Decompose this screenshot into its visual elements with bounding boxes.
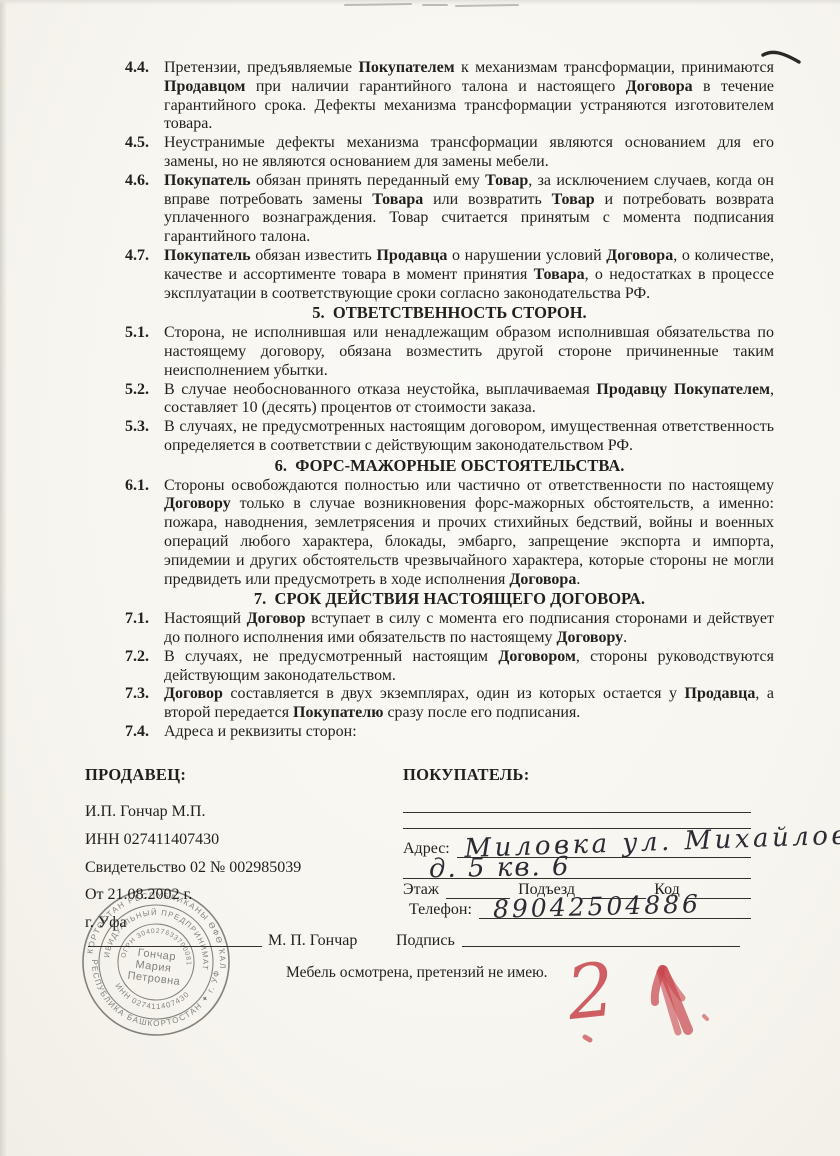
clause-number: 7.1. [125,610,164,648]
scan-edge-shadow-left [0,0,7,1156]
contract-body: 4.4.Претензии, предъявляемые Покупателем… [125,59,774,742]
section-heading: 5. ОТВЕТСТВЕННОСТЬ СТОРОН. [125,303,774,324]
clause-number: 5.3. [125,418,164,456]
clause-number: 7.3. [125,685,164,723]
buyer-form: Адрес: Миловка ул. Михайлова д. 5 кв. 6 … [403,790,751,919]
section-heading: 7. СРОК ДЕЙСТВИЯ НАСТОЯЩЕГО ДОГОВОРА. [125,589,774,610]
red-mark-2: 2 [562,947,619,1038]
clause-5-1: 5.1.Сторона, не исполнившая или ненадлеж… [125,324,774,380]
clause-4-4: 4.4.Претензии, предъявляемые Покупателем… [125,59,774,134]
clause-number: 4.7. [125,247,164,303]
clause-text: Покупатель обязан известить Продавца о н… [164,247,774,303]
phone-label: Телефон: [409,901,479,919]
buyer-floor-row: Этаж Подъезд Код [403,879,751,899]
clause-text: Неустранимые дефекты механизма трансформ… [164,134,774,172]
seller-detail-line: Свидетельство 02 № 002985039 [85,855,385,882]
clause-text: Адреса и реквизиты сторон: [164,723,774,742]
clause-number: 7.4. [125,723,164,742]
clause-text: В случаях, не предусмотренных настоящим … [164,418,774,456]
buyer-signature-line [462,931,740,947]
buyer-phone-row: Телефон: 89042504886 [403,899,751,919]
clause-4-6: 4.6.Покупатель обязан принять переданный… [125,172,774,247]
seller-round-stamp: БАШКОРТОСТАН РЕСПУБЛИКАНЫ ӨФӨ ҠАЛАҺЫ ✦ Р… [71,877,240,1046]
clause-number: 7.2. [125,648,164,686]
seller-heading: ПРОДАВЕЦ: [85,765,385,785]
clause-5-3: 5.3.В случаях, не предусмотренных настоя… [125,418,774,456]
clause-text: Претензии, предъявляемые Покупателем к м… [164,59,774,134]
entrance-label: Подъезд [518,881,582,899]
clause-number: 4.4. [125,59,164,134]
clause-number: 4.5. [125,134,164,172]
red-scribble-mark [585,969,707,1040]
clause-number: 5.2. [125,381,164,419]
section-heading: 6. ФОРС-МАЖОРНЫЕ ОБСТОЯТЕЛЬСТВА. [125,456,774,477]
seller-signature-line [88,931,262,947]
buyer-address-row: Адрес: Миловка ул. Михайлова [403,829,751,858]
clause-6-1: 6.1.Стороны освобождаются полностью или … [125,477,774,590]
clause-number: 5.1. [125,324,164,380]
clause-text: В случаях, не предусмотренный настоящим … [164,648,774,686]
signature-label: Подпись [396,932,455,950]
clause-text: Сторона, не исполнившая или ненадлежащим… [164,324,774,380]
buyer-blank-line-1 [403,790,751,813]
clause-text: Договор составляется в двух экземплярах,… [164,685,774,723]
stamp-name-line3: Петровна [127,970,181,988]
clause-7-1: 7.1.Настоящий Договор вступает в силу с … [125,610,774,648]
seller-signed-name: М. П. Гончар [268,932,357,950]
seller-detail-line: ИНН 027411407430 [85,827,385,854]
clause-5-2: 5.2.В случае необоснованного отказа неус… [125,381,774,419]
phone-underline: 89042504886 [479,918,751,919]
address-label: Адрес: [403,840,457,858]
scanned-contract-page: 4.4.Претензии, предъявляемые Покупателем… [0,0,840,1156]
clause-7-4: 7.4.Адреса и реквизиты сторон: [125,723,774,742]
clause-4-7: 4.7.Покупатель обязан известить Продавца… [125,247,774,303]
buyer-heading: ПОКУПАТЕЛЬ: [403,765,751,785]
clause-text: Настоящий Договор вступает в силу с моме… [164,610,774,648]
clause-number: 4.6. [125,172,164,247]
inspection-note: Мебель осмотрена, претензий не имею. [286,964,548,982]
floor-label: Этаж [403,881,446,899]
clause-text: Стороны освобождаются полностью или част… [164,477,774,590]
buyer-address-row-2: д. 5 кв. 6 [403,858,751,879]
clause-text: В случае необоснованного отказа неустойк… [164,381,774,419]
buyer-block: ПОКУПАТЕЛЬ: Адрес: Миловка ул. Михайлова… [403,765,751,919]
buyer-blank-line-2 [403,813,751,829]
clause-text: Покупатель обязан принять переданный ему… [164,172,774,247]
clause-7-2: 7.2.В случаях, не предусмотренный настоя… [125,648,774,686]
clause-7-3: 7.3.Договор составляется в двух экземпля… [125,685,774,723]
clause-number: 6.1. [125,477,164,590]
code-label: Код [654,881,687,899]
clause-4-5: 4.5.Неустранимые дефекты механизма транс… [125,134,774,172]
seller-detail-line: И.П. Гончар М.П. [85,799,385,826]
scan-edge-shadow-top [0,0,840,5]
